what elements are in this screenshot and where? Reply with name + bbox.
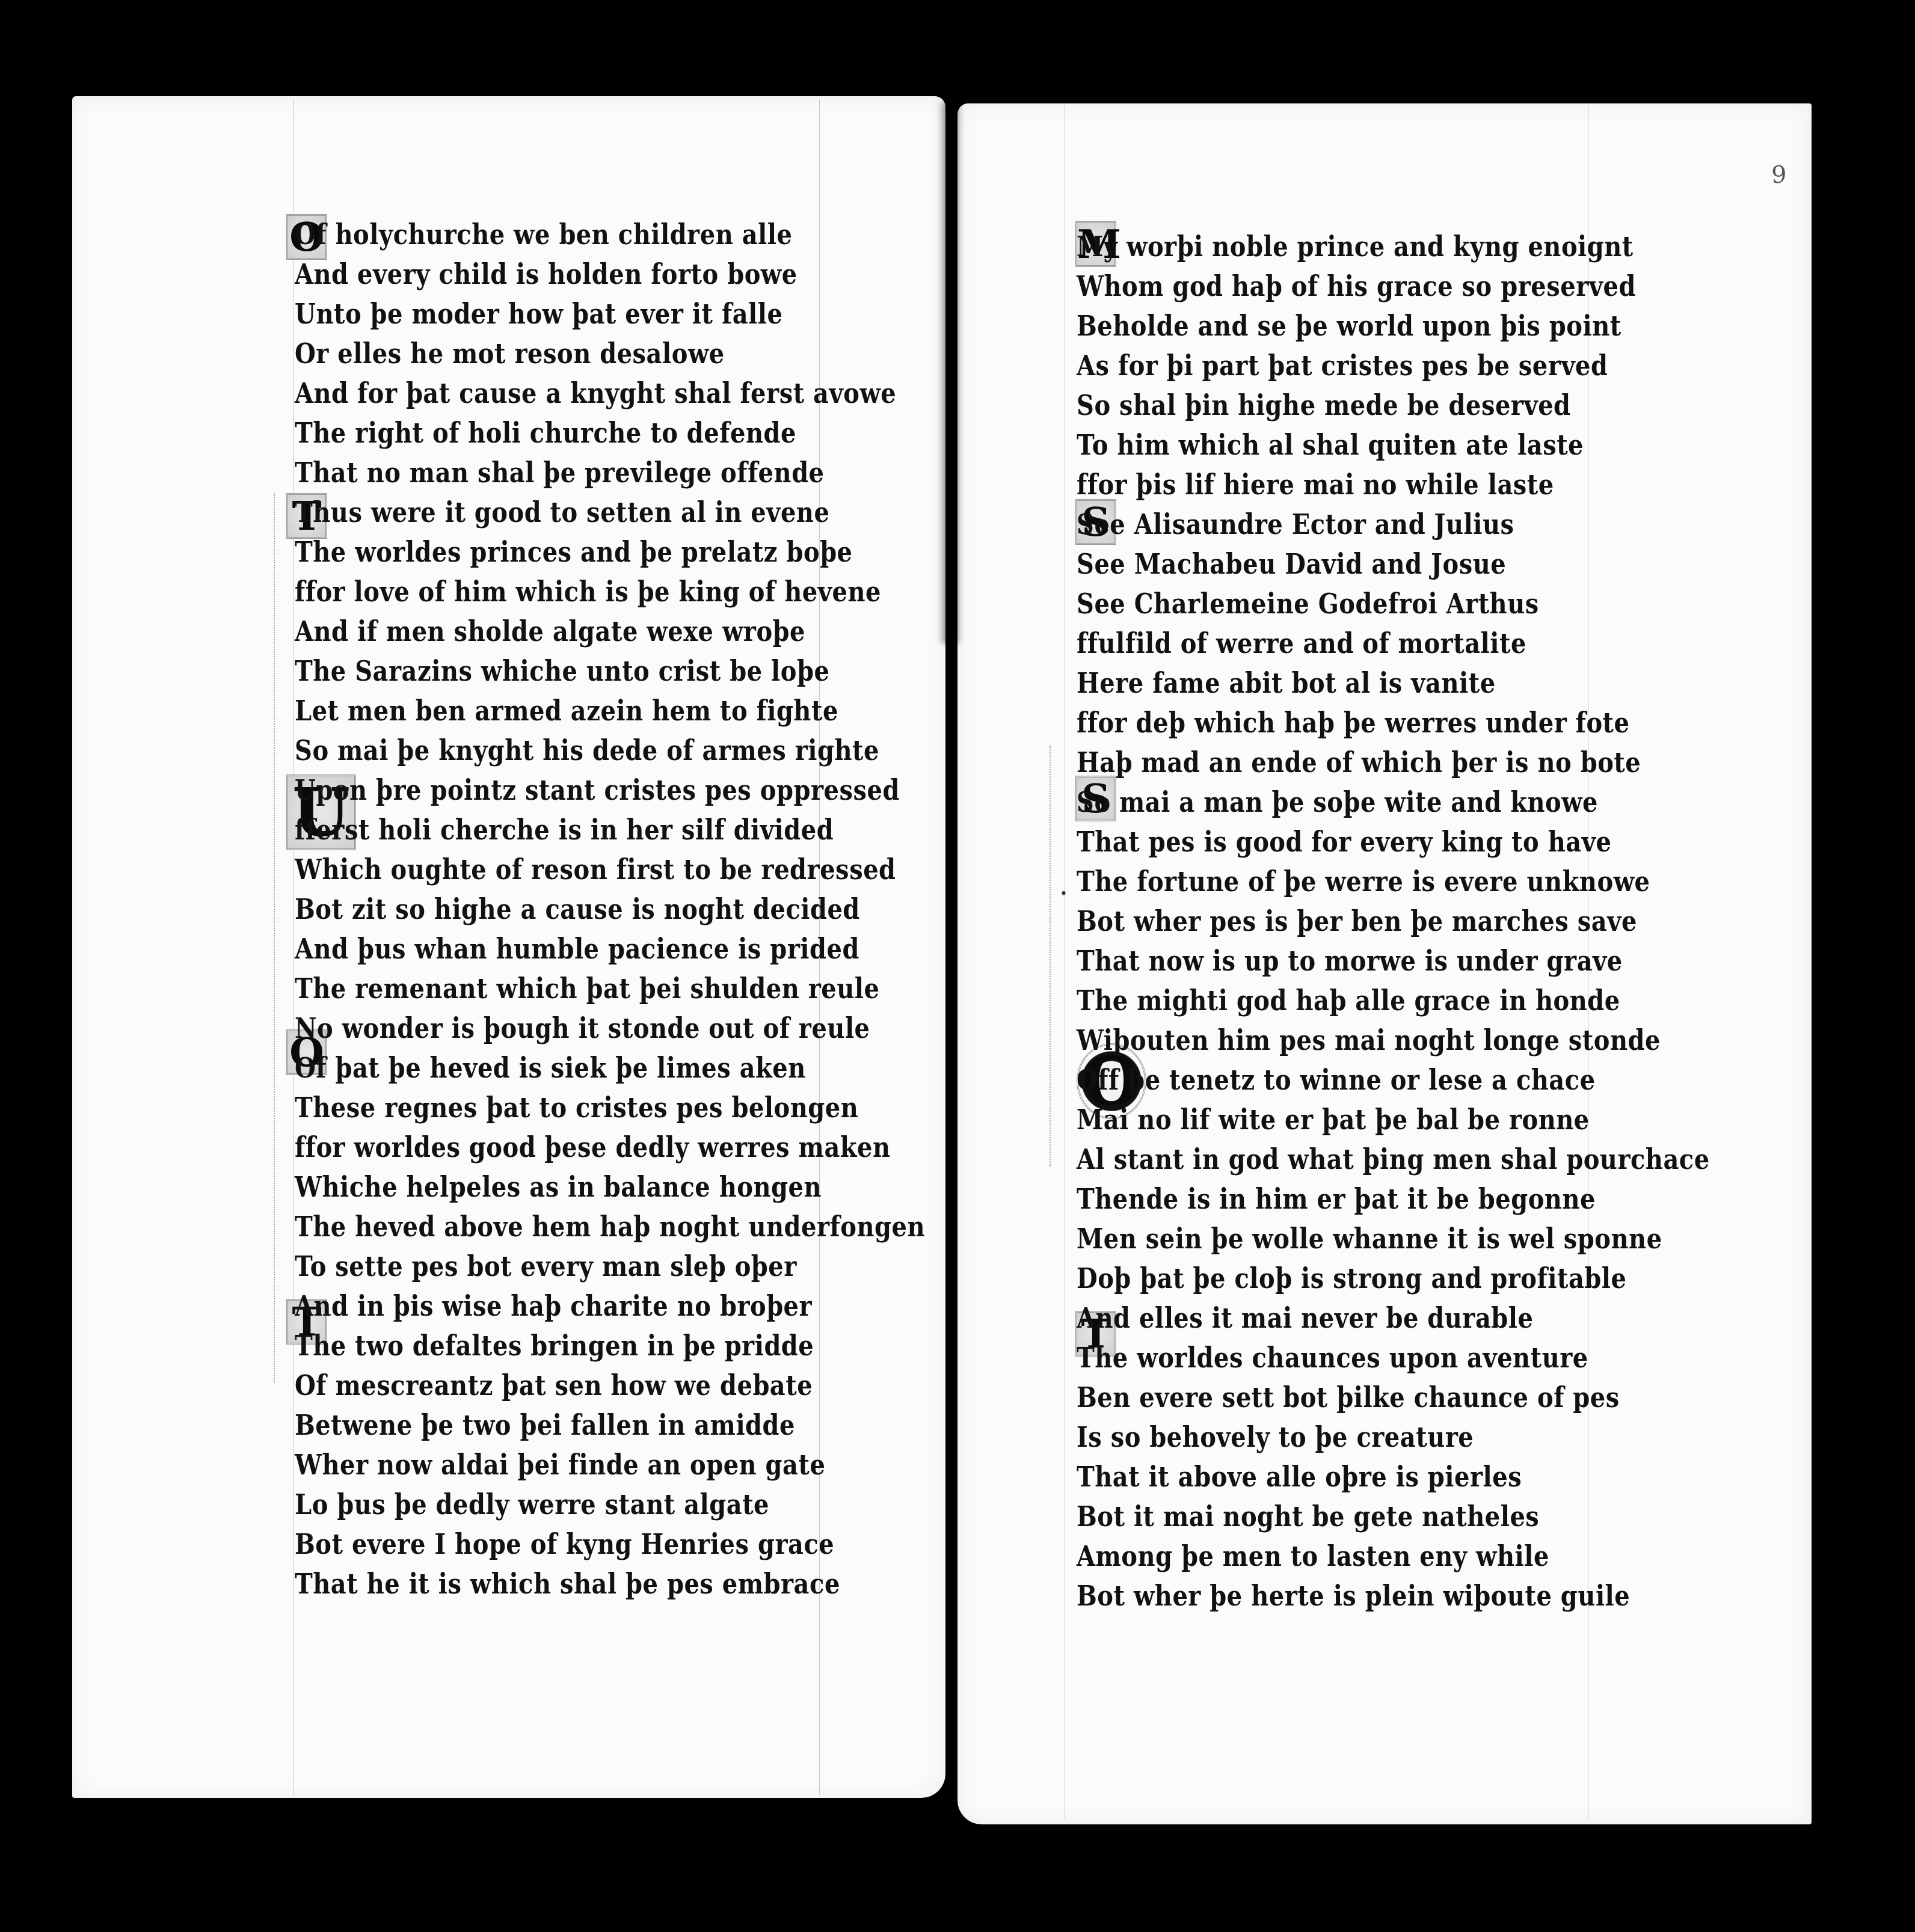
- verse-line: Of þat þe heved is siek þe limes aken: [295, 1046, 925, 1091]
- verse-line: To sette pes bot every man sleþ oþer: [295, 1244, 925, 1290]
- verse-line: The worldes chaunces upon aventure: [1077, 1336, 1710, 1381]
- left-margin-flourish: [274, 493, 275, 1383]
- verse-line: Whom god haþ of his grace so preserved: [1077, 264, 1710, 310]
- verse-line: Men sein þe wolle whanne it is wel sponn…: [1077, 1216, 1710, 1262]
- verse-line: Ben evere sett bot þilke chaunce of pes: [1077, 1375, 1710, 1421]
- verse-line: And in þis wise haþ charite no broþer: [295, 1284, 925, 1329]
- verse-line: See Alisaundre Ector and Julius: [1077, 502, 1710, 548]
- verse-line: The worldes princes and þe prelatz boþe: [295, 530, 925, 575]
- verse-line: And elles it mai never be durable: [1077, 1296, 1710, 1342]
- verse-line: ffulfild of werre and of mortalite: [1077, 621, 1710, 667]
- verse-line: Wiþouten him pes mai noght longe stonde: [1077, 1018, 1710, 1064]
- verse-line: So shal þin highe mede be deserved: [1077, 383, 1710, 429]
- verse-line: So mai þe knyght his dede of armes right…: [295, 728, 925, 774]
- folio-number: 9: [1771, 161, 1786, 189]
- verse-line: That now is up to morwe is under grave: [1077, 939, 1710, 984]
- verse-line: That he it is which shal þe pes embrace: [295, 1562, 925, 1607]
- verse-line: Al stant in god what þing men shal pourc…: [1077, 1137, 1710, 1183]
- verse-line: So mai a man þe soþe wite and knowe: [1077, 780, 1710, 826]
- verse-line: See Machabeu David and Josue: [1077, 542, 1710, 587]
- verse-line: ffor worldes good þese dedly werres make…: [295, 1125, 925, 1171]
- verse-line: And every child is holden forto bowe: [295, 252, 925, 298]
- verse-line: Lo þus þe dedly werre stant algate: [295, 1482, 925, 1528]
- verse-line: Thus were it good to setten al in evene: [295, 490, 925, 536]
- verse-line: Beholde and se þe world upon þis point: [1077, 304, 1710, 349]
- verse-line: Bot zit so highe a cause is noght decide…: [295, 887, 925, 933]
- verse-line: My worþi noble prince and kyng enoignt: [1077, 224, 1710, 270]
- verse-line: Thende is in him er þat it be begonne: [1077, 1177, 1710, 1222]
- verse-line: Unto þe moder how þat ever it falle: [295, 292, 925, 337]
- verse-line: Let men ben armed azein hem to fighte: [295, 688, 925, 734]
- book-gutter: [938, 102, 962, 643]
- right-page-text: My worþi noble prince and kyng enoignt W…: [1077, 227, 1710, 1616]
- verse-line: Wher now aldai þei finde an open gate: [295, 1443, 925, 1488]
- verse-line: Of mescreantz þat sen how we debate: [295, 1363, 925, 1409]
- verse-line: Bot evere I hope of kyng Henries grace: [295, 1522, 925, 1568]
- verse-line: That no man shal þe previlege offende: [295, 450, 925, 496]
- verse-line: The right of holi churche to defende: [295, 411, 925, 456]
- verse-line: As for þi part þat cristes pes be served: [1077, 343, 1710, 389]
- verse-line: The two defaltes bringen in þe pridde: [295, 1323, 925, 1369]
- verse-line: To him which al shal quiten ate laste: [1077, 423, 1710, 468]
- verse-line: Doþ þat þe cloþ is strong and profitable: [1077, 1256, 1710, 1302]
- verse-line: No wonder is þough it stonde out of reul…: [295, 1006, 925, 1052]
- verse-line: See Charlemeine Godefroi Arthus: [1077, 581, 1710, 627]
- verse-line: Of holychurche we ben children alle: [295, 212, 925, 258]
- right-page-ruling-inner: [1065, 105, 1065, 1819]
- verse-line: Is so behovely to þe creature: [1077, 1415, 1710, 1461]
- verse-line: Among þe men to lasten eny while: [1077, 1534, 1710, 1580]
- verse-line: Mai no lif wite er þat þe bal be ronne: [1077, 1097, 1710, 1143]
- left-page-text: Of holychurche we ben children alle And …: [295, 215, 925, 1604]
- right-margin-flourish: [1050, 746, 1051, 1167]
- verse-line: ffor love of him which is þe king of hev…: [295, 569, 925, 615]
- verse-line: The mighti god haþ alle grace in honde: [1077, 978, 1710, 1024]
- left-page-ruling-inner: [294, 99, 294, 1795]
- verse-line: And þus whan humble pacience is prided: [295, 927, 925, 972]
- verse-line: Or elles he mot reson desalowe: [295, 331, 925, 377]
- verse-line: Upon þre pointz stant cristes pes oppres…: [295, 768, 925, 814]
- verse-line: Bot wher þe herte is plein wiþoute guile: [1077, 1574, 1710, 1619]
- verse-line: Here fame abit bot al is vanite: [1077, 661, 1710, 707]
- paragraph-mark: •: [1060, 887, 1068, 902]
- verse-line: Off þe tenetz to winne or lese a chace: [1077, 1058, 1710, 1103]
- verse-line: The heved above hem hаþ noght underfonge…: [295, 1204, 925, 1250]
- verse-line: Bot it mai noght be gete natheles: [1077, 1494, 1710, 1540]
- verse-line: These regnes þat to cristes pes belongen: [295, 1085, 925, 1131]
- verse-line: The remenant which þat þei shulden reule: [295, 966, 925, 1012]
- verse-line: Which oughte of reson first to be redres…: [295, 847, 925, 893]
- verse-line: ffor deþ which haþ þe werres under fote: [1077, 701, 1710, 746]
- verse-line: The fortune of þe werre is evere unknowe: [1077, 859, 1710, 905]
- verse-line: And if men sholde algate wexe wroþe: [295, 609, 925, 655]
- verse-line: ffor þis lif hiere mai no while laste: [1077, 462, 1710, 508]
- verse-line: Bot wher pes is þer ben þe marches save: [1077, 899, 1710, 945]
- verse-line: That it above alle oþre is pierles: [1077, 1455, 1710, 1500]
- verse-line: Haþ mad an ende of which þer is no bote: [1077, 740, 1710, 786]
- verse-line: Betwene þe two þei fallen in amidde: [295, 1403, 925, 1449]
- verse-line: And for þat cause a knyght shal ferst av…: [295, 371, 925, 417]
- verse-line: fferst holi cherche is in her silf divid…: [295, 808, 925, 853]
- verse-line: The Sarazins whiche unto crist be loþe: [295, 649, 925, 695]
- verse-line: That pes is good for every king to have: [1077, 820, 1710, 865]
- verse-line: Whiche helpeles as in balance hongen: [295, 1165, 925, 1210]
